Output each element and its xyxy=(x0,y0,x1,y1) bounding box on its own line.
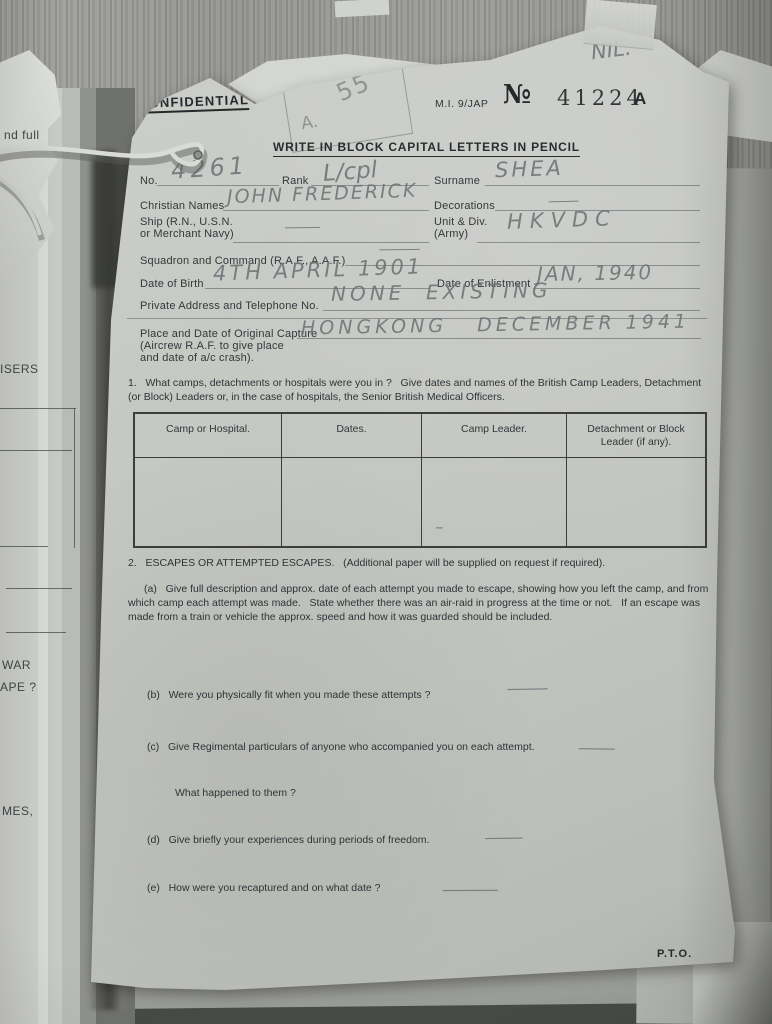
question2b-text: (b) Were you physically fit when you mad… xyxy=(147,688,567,702)
question2e-answer: — xyxy=(439,880,501,899)
stamp-line3: A. xyxy=(300,112,320,134)
question2a-text: (a) Give full description and approx. da… xyxy=(128,582,714,624)
field-unit-label-line2: (Army) xyxy=(434,228,468,241)
tape-piece-small xyxy=(335,0,390,17)
left-page-fragment: MES, xyxy=(2,804,33,818)
table-header-detachment: Detachment or Block Leader (if any). xyxy=(567,414,705,458)
field-enlistment-value: JAN, 1940 xyxy=(537,260,654,286)
photographed-document: ISERS WAR APE ? MES, nd full CONFIDENTIA… xyxy=(0,0,772,1024)
left-page-fragment: WAR xyxy=(2,658,31,672)
document-string-tie xyxy=(0,95,240,275)
received-stamp: RECD 55 A. xyxy=(275,21,413,153)
question2-heading: 2. ESCAPES OR ATTEMPTED ESCAPES. (Additi… xyxy=(128,556,714,570)
field-capture-value: HONGKONG DECEMBER 1941 xyxy=(301,311,690,340)
left-page-table-line xyxy=(0,450,72,451)
question1-text: 1. What camps, detachments or hospitals … xyxy=(128,376,710,404)
department-reference: M.I. 9/JAP xyxy=(435,98,488,110)
field-christian-names-value: JOHN FREDERICK xyxy=(227,180,418,209)
field-surname-label: Surname xyxy=(434,175,480,188)
field-rule xyxy=(477,242,700,243)
string-knot xyxy=(194,151,202,159)
serial-number: 41224 xyxy=(557,86,644,110)
field-rule xyxy=(223,210,429,211)
table-header-camp: Camp or Hospital. xyxy=(135,414,282,458)
left-page-table-line xyxy=(0,546,48,547)
left-page-table-line xyxy=(74,408,75,548)
field-unit-value: HKVDC xyxy=(507,206,618,234)
series-letter: A xyxy=(634,89,646,109)
stamp-line1: RECD xyxy=(295,37,370,65)
field-unit-label-line1: Unit & Div. xyxy=(434,216,487,229)
left-page-table-line xyxy=(0,408,76,409)
field-rule xyxy=(533,288,700,289)
field-capture-label-line1: Place and Date of Original Capture xyxy=(140,328,317,341)
field-decorations-label: Decorations xyxy=(434,200,495,213)
tape-piece xyxy=(583,0,657,50)
field-capture-label-line3: and date of a/c crash). xyxy=(140,352,254,365)
table-cell-empty xyxy=(422,458,567,546)
question2b-answer: — xyxy=(504,678,552,698)
question2d-answer: — xyxy=(482,827,525,847)
field-address-value: NONE EXISTING xyxy=(331,278,552,306)
field-dob-label: Date of Birth xyxy=(140,278,204,291)
table-cell-empty xyxy=(135,458,282,546)
field-address-label: Private Address and Telephone No. xyxy=(140,300,319,313)
question2c2-text: What happened to them ? xyxy=(175,786,475,800)
field-capture-label-line2: (Aircrew R.A.F. to give place xyxy=(140,340,284,353)
left-page-fragment: APE ? xyxy=(0,680,37,694)
field-ship-value: — xyxy=(282,217,323,236)
left-page-fragment: ISERS xyxy=(0,362,39,376)
table-cell-empty xyxy=(567,458,705,546)
table-pencil-mark: - xyxy=(435,518,444,536)
left-page-rule xyxy=(6,632,66,633)
table-header-dates: Dates. xyxy=(282,414,422,458)
pto-label: P.T.O. xyxy=(657,948,692,960)
table-header-leader: Camp Leader. xyxy=(422,414,567,458)
left-page-rule xyxy=(6,588,72,589)
field-surname-value: SHEA xyxy=(495,156,565,182)
number-sign: № xyxy=(503,80,531,110)
stamp-line2: 55 xyxy=(332,68,375,107)
form-title: WRITE IN BLOCK CAPITAL LETTERS IN PENCIL xyxy=(273,140,580,157)
table-cell-empty xyxy=(282,458,422,546)
field-rule xyxy=(485,185,700,186)
camps-table: Camp or Hospital. Dates. Camp Leader. De… xyxy=(133,412,707,548)
question2c-answer: — xyxy=(576,738,618,758)
question2c-text: (c) Give Regimental particulars of anyon… xyxy=(147,740,587,754)
question2e-text: (e) How were you recaptured and on what … xyxy=(147,881,567,895)
